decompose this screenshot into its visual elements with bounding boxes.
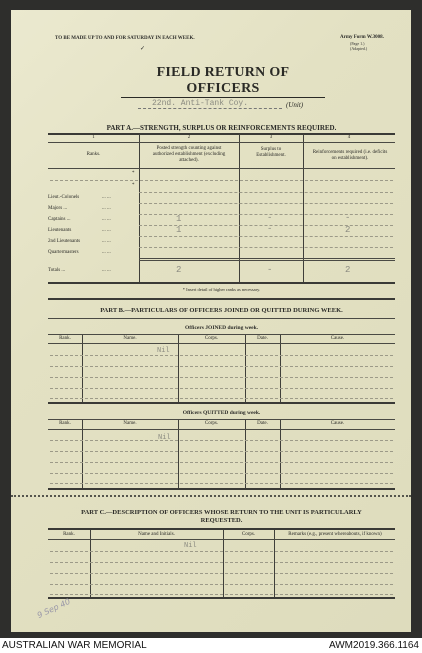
col-date: Date. (245, 336, 280, 341)
col-header-ranks: Ranks. (48, 152, 139, 157)
rule (139, 203, 393, 204)
totals-reinforcements: 2 (345, 265, 350, 275)
col-name: Name. (82, 421, 178, 426)
part-c-title-line2: REQUESTED. (48, 517, 395, 524)
col-corps: Corps. (178, 421, 245, 426)
col-num-4: 4 (303, 135, 395, 140)
rule (48, 318, 395, 319)
totals-posted: 2 (176, 265, 181, 275)
totals-surplus: - (267, 265, 272, 275)
col-date: Date. (245, 421, 280, 426)
col-cause: Cause. (280, 421, 395, 426)
leader-dots: ... ... (102, 217, 111, 222)
unit-field: 22nd. Anti-Tank Coy. (138, 99, 282, 109)
posted-value: 1 (176, 225, 181, 235)
part-a-title: PART A.—STRENGTH, SURPLUS OR REINFORCEME… (48, 124, 395, 132)
rule (48, 419, 395, 420)
page-title: FIELD RETURN OF OFFICERS (121, 65, 325, 98)
col-corps: Corps. (223, 532, 274, 537)
col-num-1: 1 (48, 135, 139, 140)
totals-label: Totals ... (48, 268, 65, 273)
leader-dots: ... ... (102, 195, 111, 200)
leader-dots: ... ... (102, 206, 111, 211)
asterisk-row-2: * (132, 183, 135, 188)
part-c-title-line1: PART C.—DESCRIPTION OF OFFICERS WHOSE RE… (48, 509, 395, 516)
col-name: Name. (82, 336, 178, 341)
rank-label: Lieutenants (48, 228, 71, 233)
rule (48, 488, 395, 490)
part-a-footnote: * Insert detail of higher ranks as neces… (48, 287, 395, 292)
col-cause: Cause. (280, 336, 395, 341)
rule (48, 334, 395, 335)
rank-label: Quartermasters (48, 250, 79, 255)
col-num-2: 2 (139, 135, 239, 140)
rule (48, 597, 395, 599)
surplus-value: - (267, 224, 272, 234)
col-rank: Rank. (48, 336, 82, 341)
col-header-surplus: Surplus to Establishment. (249, 147, 293, 159)
rank-label: Lieut.-Colonels (48, 195, 79, 200)
joined-nil-entry: Nil (157, 347, 170, 355)
posted-value: 1 (176, 214, 181, 224)
leader-dots: ... ... (102, 268, 111, 273)
col-header-posted: Posted strength counting against authori… (146, 146, 232, 164)
col-corps: Corps. (178, 336, 245, 341)
form-adapted: (Adapted.) (350, 46, 367, 51)
rule (48, 168, 395, 169)
rule (139, 258, 395, 259)
joined-subtitle: Officers JOINED during week. (48, 325, 395, 331)
rule (48, 528, 395, 530)
col-name-initials: Name and Initials. (90, 532, 223, 537)
leader-dots: ... ... (102, 239, 111, 244)
rank-label: 2nd Lieutenants (48, 239, 80, 244)
reinforcement-value: - (345, 213, 350, 223)
asterisk-row-1: * (132, 171, 135, 176)
reinforcement-value: 2 (345, 225, 350, 235)
unit-label: (Unit) (286, 101, 303, 109)
surplus-value: - (267, 213, 272, 223)
rank-label: Majors ... (48, 206, 67, 211)
col-rank: Rank. (48, 532, 90, 537)
col-remarks: Remarks (e.g., present whereabouts, if k… (274, 532, 396, 537)
rule (48, 298, 395, 300)
col-num-3: 3 (239, 135, 303, 140)
perforation-line (11, 495, 411, 497)
col-header-reinforcements: Reinforcements required (i.e. deficits o… (310, 150, 390, 162)
form-id: Army Form W.3008. (340, 35, 384, 40)
form-instruction: TO BE MADE UP TO AND FOR SATURDAY IN EAC… (55, 36, 195, 41)
col-rank: Rank. (48, 421, 82, 426)
institution-caption: AUSTRALIAN WAR MEMORIAL (2, 640, 147, 651)
part-b-title: PART B.—PARTICULARS OF OFFICERS JOINED O… (48, 307, 395, 314)
rule (48, 142, 395, 143)
rule (139, 236, 393, 237)
rule (139, 247, 393, 248)
rank-label: Captains ... (48, 217, 71, 222)
rule (139, 192, 393, 193)
accession-number: AWM2019.366.1164 (329, 640, 419, 651)
rule (139, 260, 395, 261)
leader-dots: ... ... (102, 228, 111, 233)
quitted-subtitle: Officers QUITTED during week. (48, 410, 395, 416)
rule (48, 282, 395, 284)
leader-dots: ... ... (102, 250, 111, 255)
tick-mark-icon: ✓ (140, 45, 145, 52)
rule (50, 180, 393, 181)
rule (48, 402, 395, 404)
part-c-nil-entry: Nil (184, 542, 197, 550)
